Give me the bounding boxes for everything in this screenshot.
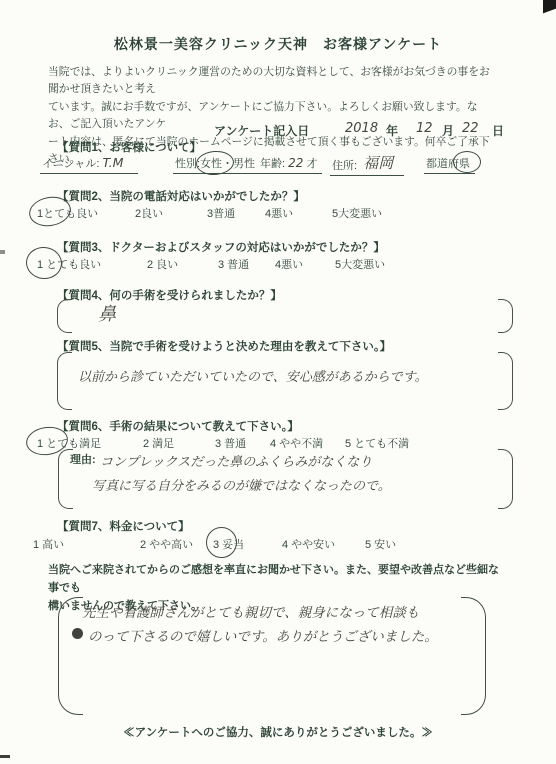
- q2-option-2: 2良い: [135, 205, 163, 221]
- q6-option-3: 3 普通: [215, 435, 246, 451]
- q6-reason-label: 理由:: [70, 451, 96, 467]
- prefecture-selected-circle: [453, 151, 481, 173]
- q7-option-4: 4 やや安い: [282, 536, 335, 552]
- q4-answer-bracket-right: [498, 299, 513, 333]
- initial-label: イニシャル:: [42, 158, 99, 170]
- date-day-unit: 日: [492, 122, 504, 139]
- q7-option-1: 1 高い: [33, 536, 64, 552]
- age-label: 年齢:: [260, 158, 285, 170]
- date-month-value: 12: [416, 121, 433, 136]
- q4-header: 【質問4、何の手術を受けられましたか？】: [57, 287, 282, 303]
- age-value: 22: [288, 156, 303, 170]
- intro-line: 当院では、よりよいクリニック運営のための大切な資料として、お客様がお気づきの事を…: [48, 64, 498, 99]
- q5-answer: 以前から診ていただいていたので、安心感があるからです。: [78, 366, 428, 385]
- q6-reason-bracket-right: [498, 449, 513, 509]
- date-year-value: 2018: [345, 121, 378, 136]
- comment-bracket-right: [461, 597, 486, 715]
- q6-option-2: 2 満足: [143, 435, 174, 451]
- survey-document: 松林景一美容クリニック天神 お客様アンケート 当院では、よりよいクリニック運営の…: [0, 0, 556, 764]
- address-label: 住所:: [332, 160, 357, 172]
- q4-answer-bracket-left: [57, 299, 72, 333]
- initial-field: イニシャル: T.M: [40, 155, 138, 174]
- q2-header: 【質問2、当院の電話対応はいかがでしたか？】: [57, 188, 305, 204]
- comment-line: 先生や看護師さんがとても親切で、親身になって相談も: [82, 601, 419, 621]
- scan-artifact-bottom: [0, 755, 10, 758]
- q7-option-5: 5 安い: [365, 536, 396, 552]
- q4-answer: 鼻: [98, 300, 116, 326]
- age-unit: 才: [306, 158, 317, 170]
- scan-artifact-corner: [543, 0, 556, 13]
- closing-message: ≪アンケートへのご協力、誠にありがとうございました。≫: [0, 724, 556, 740]
- q5-header: 【質問5、当院で手術を受けようと決めた理由を教えて下さい。】: [57, 338, 391, 354]
- page-title: 松林景一美容クリニック天神 お客様アンケート: [0, 34, 556, 54]
- date-label: アンケート記入日: [214, 122, 309, 139]
- q5-answer-bracket-right: [498, 352, 513, 410]
- q3-option-4: 4悪い: [275, 256, 303, 272]
- q3-header: 【質問3、ドクターおよびスタッフの対応はいかがでしたか？】: [57, 239, 385, 255]
- comment-bracket-left: [58, 597, 83, 715]
- q6-option-4: 4 やや不満: [270, 435, 323, 451]
- q3-option-5: 5大変悪い: [335, 256, 385, 272]
- date-month-unit: 月: [442, 122, 454, 139]
- q6-reason-line: コンプレックスだった鼻のふくらみがなくなり: [100, 451, 372, 470]
- correction-scribble-icon: ●: [72, 628, 83, 639]
- q7-header: 【質問7、料金について】: [57, 518, 190, 534]
- address-value: 福岡: [363, 154, 393, 172]
- scan-artifact-edge: [0, 250, 5, 254]
- address-field: 住所: 福岡: [330, 152, 404, 176]
- q3-option-2: 2 良い: [147, 256, 178, 272]
- q5-answer-bracket-left: [57, 352, 72, 410]
- q1-header: 【質問1、お客様について】: [57, 139, 201, 155]
- q2-option-4: 4悪い: [265, 205, 293, 221]
- date-day-value: 22: [462, 121, 479, 136]
- q6-reason-line: 写真に写る自分をみるのが嫌ではなくなったので。: [92, 475, 391, 494]
- date-year-unit: 年: [386, 122, 398, 139]
- q6-option-5: 5 とても不満: [345, 435, 409, 451]
- q3-option-3: 3 普通: [218, 256, 249, 272]
- comment-line: のって下さるので嬉しいです。ありがとうございました。: [88, 625, 438, 645]
- q7-option-2: 2 やや高い: [140, 536, 193, 552]
- q7-selected-circle: [206, 527, 237, 558]
- q2-option-5: 5大変悪い: [332, 205, 382, 221]
- feedback-intro-line: 当院へご来院されてからのご感想を率直にお聞かせ下さい。また、要望や改善点など些細…: [48, 561, 508, 597]
- q6-header: 【質問6、手術の結果について教えて下さい。】: [57, 418, 299, 434]
- q2-option-3: 3普通: [207, 205, 235, 221]
- initial-value: T.M: [102, 155, 123, 170]
- age-field: 年齢: 22 才: [258, 155, 322, 174]
